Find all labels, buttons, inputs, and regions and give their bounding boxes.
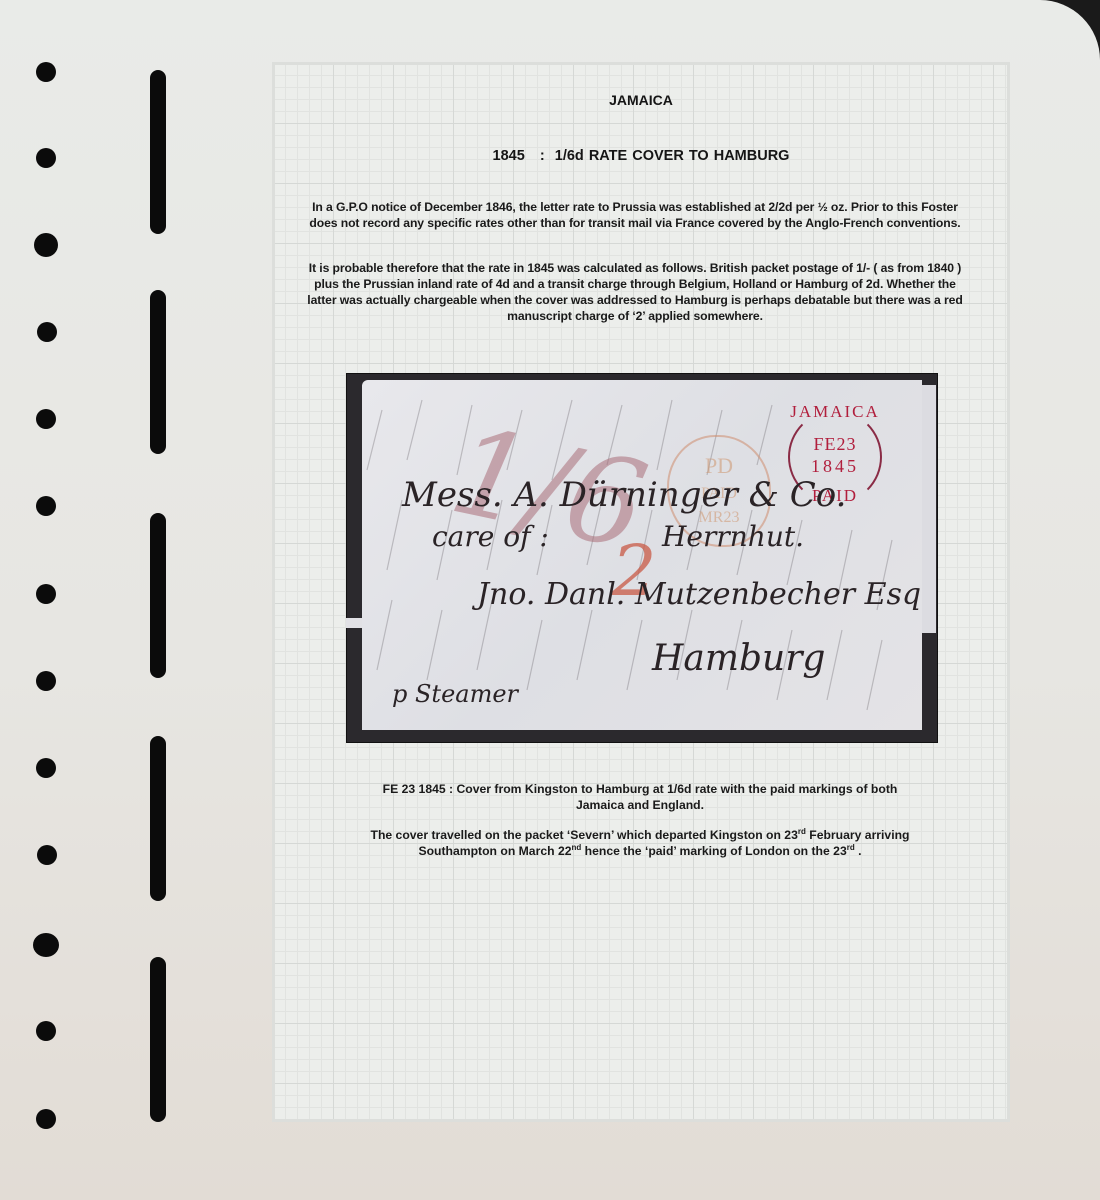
binder-hole <box>33 933 59 957</box>
binder-hole <box>37 845 57 865</box>
address-line: Hamburg <box>652 638 825 679</box>
binder-slot <box>150 513 166 678</box>
country-heading: JAMAICA <box>272 92 1010 108</box>
cover-caption: FE 23 1845 : Cover from Kingston to Hamb… <box>360 781 920 813</box>
endorsement: p Steamer <box>392 680 518 708</box>
binder-hole <box>37 322 57 342</box>
binder-slot <box>150 290 166 454</box>
address-line: Jno. Danl. Mutzenbecher Esq. <box>477 577 922 612</box>
binder-hole <box>34 233 58 257</box>
binder-hole <box>36 758 56 778</box>
cover-flap <box>346 618 362 628</box>
album-page: JAMAICA 1845 : 1/6d RATE COVER TO HAMBUR… <box>0 0 1100 1200</box>
postal-cover: 1/6 PD PAID MR23 JAMAICA FE23 1845 PAID … <box>362 380 922 730</box>
binder-slot <box>150 70 166 234</box>
binder-hole <box>36 409 56 429</box>
cover-flap <box>922 385 936 633</box>
address-line: Herrnhut. <box>662 520 804 553</box>
page-title: 1845 : 1/6d RATE COVER TO HAMBURG <box>272 148 1010 164</box>
binder-hole <box>36 584 56 604</box>
binder-hole <box>36 1109 56 1129</box>
binder-hole <box>36 671 56 691</box>
binder-hole <box>36 148 56 168</box>
binder-hole <box>36 62 56 82</box>
binder-hole <box>36 496 56 516</box>
binder-hole <box>36 1021 56 1041</box>
binder-slot <box>150 957 166 1122</box>
address-line: care of : <box>432 520 549 553</box>
intro-paragraph: In a G.P.O notice of December 1846, the … <box>300 199 970 231</box>
cover-description: The cover travelled on the packet ‘Sever… <box>360 827 920 859</box>
intro-paragraph: It is probable therefore that the rate i… <box>300 260 970 324</box>
binder-slot <box>150 736 166 901</box>
address-line: Mess. A. Dürninger & Co. <box>402 475 846 515</box>
